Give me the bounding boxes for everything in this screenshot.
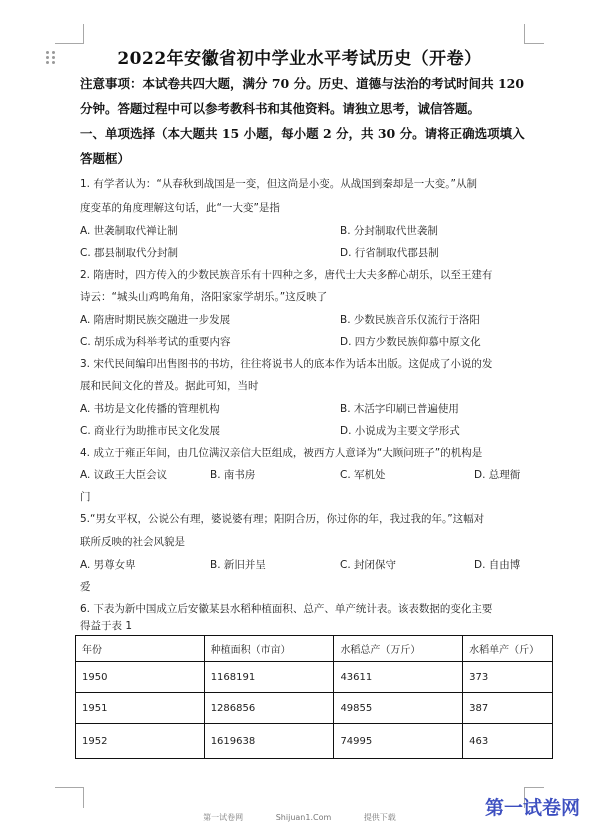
question-3-option-c: C. 商业行为助推市民文化发展 — [80, 423, 220, 438]
table-cell: 387 — [463, 693, 553, 724]
table-cell: 1951 — [76, 693, 205, 724]
notice-line-2: 分钟。答题过程中可以参考教科书和其他资料。请独立思考，诚信答题。 — [80, 99, 480, 117]
question-5-stem-2: 联所反映的社会风貌是 — [80, 534, 185, 549]
table-cell: 373 — [463, 662, 553, 693]
section-heading-line-1: 一、单项选择（本大题共 15 小题，每小题 2 分，共 30 分。请将正确选项填… — [80, 124, 525, 142]
question-4-option-c: C. 军机处 — [340, 467, 386, 482]
table-header-cell: 水稻单产（斤） — [463, 636, 553, 662]
table-cell: 1168191 — [204, 662, 334, 693]
table-header-cell: 水稻总产（万斤） — [334, 636, 463, 662]
question-4-option-d: D. 总理衙 — [474, 467, 520, 482]
question-4-stem-1: 4. 成立于雍正年间，由几位满汉亲信大臣组成，被西方人意译为“大顾问班子”的机构… — [80, 445, 482, 460]
table-cell: 463 — [463, 724, 553, 759]
table-cell: 74995 — [334, 724, 463, 759]
question-2-stem-2: 诗云：“城头山鸡鸣角角，洛阳家家学胡乐。”这反映了 — [80, 289, 327, 304]
brand-logo: 第一试卷网 — [485, 793, 580, 820]
table-cell: 1619638 — [204, 724, 334, 759]
question-1-option-b: B. 分封制取代世袭制 — [340, 223, 438, 238]
table-cell: 1286856 — [204, 693, 334, 724]
question-3-stem-1: 3. 宋代民间编印出售图书的书坊，往往将说书人的底本作为话本出版。这促成了小说的… — [80, 356, 492, 371]
question-3-option-b: B. 木活字印刷已普遍使用 — [340, 401, 459, 416]
table-row: 1951 1286856 49855 387 — [76, 693, 553, 724]
table-row: 1952 1619638 74995 463 — [76, 724, 553, 759]
table-header-row: 年份 种植面积（市亩） 水稻总产（万斤） 水稻单产（斤） — [76, 636, 553, 662]
document-title: 2022年安徽省初中学业水平考试历史（开卷） — [0, 44, 599, 69]
footer-site-note: 提供下载 — [364, 813, 396, 822]
question-1-stem-2: 度变革的角度理解这句话，此“一大变”是指 — [80, 200, 280, 215]
page-corner-mark-top-right — [524, 24, 544, 44]
question-1-option-a: A. 世袭制取代禅让制 — [80, 223, 178, 238]
question-2-stem-1: 2. 隋唐时，四方传入的少数民族音乐有十四种之多，唐代士大夫多醉心胡乐，以至王建… — [80, 267, 492, 282]
table-row: 1950 1168191 43611 373 — [76, 662, 553, 693]
question-3-option-a: A. 书坊是文化传播的管理机构 — [80, 401, 220, 416]
table-header-cell: 种植面积（市亩） — [204, 636, 334, 662]
question-5-option-a: A. 男尊女卑 — [80, 557, 136, 572]
page-corner-mark-bottom-left — [55, 787, 84, 808]
question-5-option-b: B. 新旧并呈 — [210, 557, 266, 572]
question-5-stem-1: 5.“男女平权，公说公有理，婆说婆有理；阳阴合历，你过你的年，我过我的年。”这幅… — [80, 511, 484, 526]
question-4-option-d-wrap: 门 — [80, 489, 91, 504]
question-2-option-c: C. 胡乐成为科举考试的重要内容 — [80, 334, 231, 349]
question-6-stem-2: 得益于表 1 — [80, 618, 132, 633]
question-3-stem-2: 展和民间文化的普及。据此可知，当时 — [80, 378, 259, 393]
question-2-option-b: B. 少数民族音乐仅流行于洛阳 — [340, 312, 480, 327]
question-3-option-d: D. 小说成为主要文学形式 — [340, 423, 460, 438]
footer-site-name: 第一试卷网 — [203, 813, 243, 822]
question-4-option-b: B. 南书房 — [210, 467, 255, 482]
question-4-option-a: A. 议政王大臣会议 — [80, 467, 167, 482]
notice-line-1: 注意事项：本试卷共四大题，满分 70 分。历史、道德与法治的考试时间共 120 — [80, 74, 524, 92]
question-5-option-c: C. 封闭保守 — [340, 557, 396, 572]
question-1-stem-1: 1. 有学者认为：“从春秋到战国是一变，但这尚是小变。从战国到秦却是一大变。”从… — [80, 176, 477, 191]
footer-site-domain: Shijuan1.Com — [276, 813, 332, 822]
table-header-cell: 年份 — [76, 636, 205, 662]
question-2-option-d: D. 四方少数民族仰慕中原文化 — [340, 334, 481, 349]
table-cell: 1952 — [76, 724, 205, 759]
question-6-stem-1: 6. 下表为新中国成立后安徽某县水稻种植面积、总产、单产统计表。该表数据的变化主… — [80, 601, 492, 616]
question-5-option-d-wrap: 爱 — [80, 579, 91, 594]
page-corner-mark-top-left — [55, 24, 84, 44]
table-cell: 1950 — [76, 662, 205, 693]
table-cell: 43611 — [334, 662, 463, 693]
rice-statistics-table: 年份 种植面积（市亩） 水稻总产（万斤） 水稻单产（斤） 1950 116819… — [75, 635, 553, 759]
question-1-option-d: D. 行省制取代郡县制 — [340, 245, 439, 260]
question-2-option-a: A. 隋唐时期民族交融进一步发展 — [80, 312, 230, 327]
table-cell: 49855 — [334, 693, 463, 724]
section-heading-line-2: 答题框） — [80, 149, 130, 167]
question-5-option-d: D. 自由博 — [474, 557, 520, 572]
question-1-option-c: C. 郡县制取代分封制 — [80, 245, 178, 260]
